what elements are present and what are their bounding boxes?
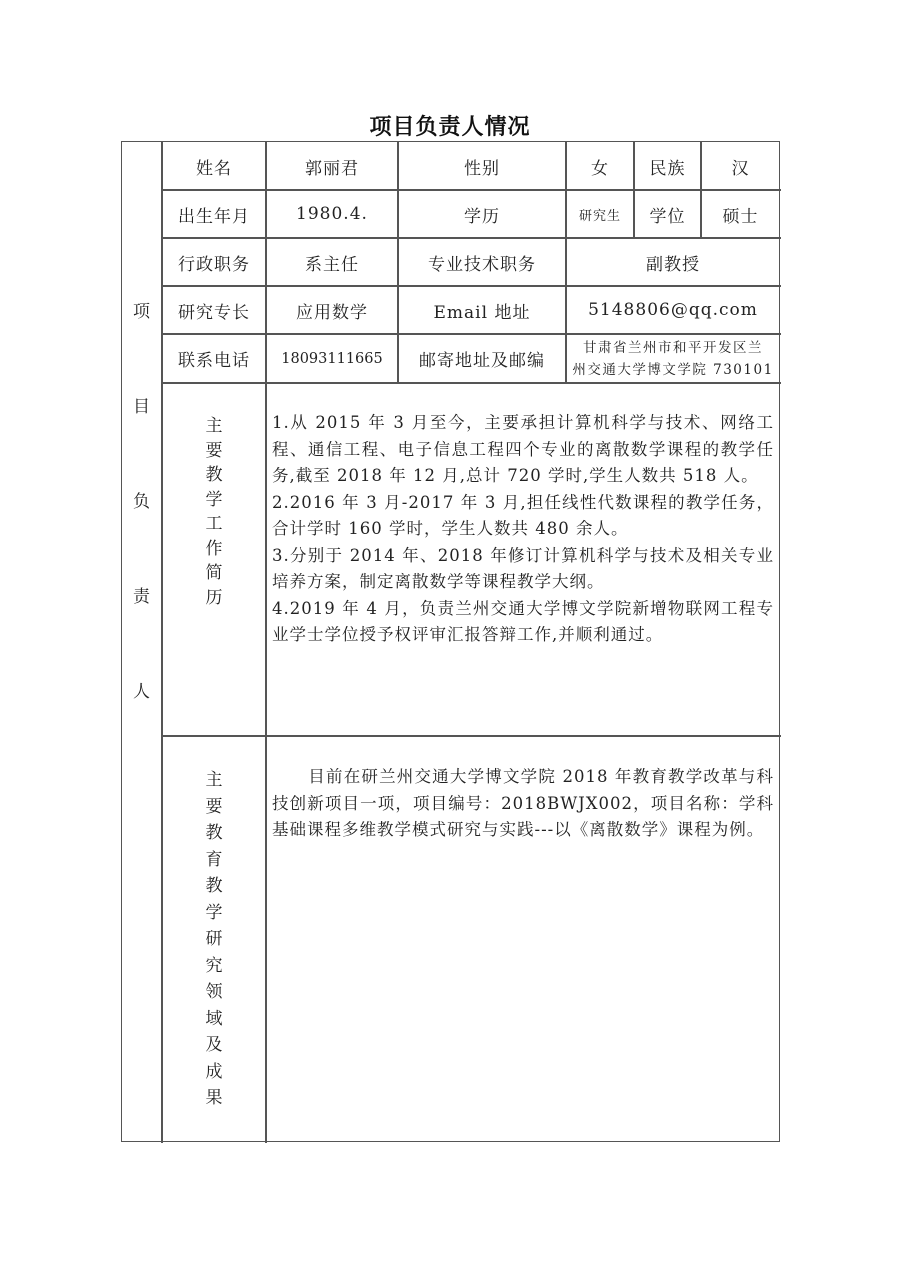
education-label: 学历 — [398, 190, 566, 238]
teaching-history-content: 1.从 2015 年 3 月至今，主要承担计算机科学与技术、网络工程、通信工程、… — [272, 410, 774, 649]
label-char: 作 — [206, 537, 223, 562]
address-label: 邮寄地址及邮编 — [398, 334, 566, 383]
label-char: 研 — [206, 926, 223, 953]
label-char: 历 — [206, 586, 223, 611]
birth-value: 1980.4. — [266, 190, 398, 238]
teaching-history-item: 2.2016 年 3 月-2017 年 3 月,担任线性代数课程的教学任务，合计… — [272, 490, 774, 543]
research-content: 目前在研兰州交通大学博文学院 2018 年教育教学改革与科技创新项目一项，项目编… — [272, 764, 774, 844]
side-label-char: 人 — [133, 677, 150, 772]
address-value: 甘肃省兰州市和平开发区兰 州交通大学博文学院 730101 — [566, 334, 780, 383]
label-char: 学 — [206, 488, 223, 513]
label-char: 育 — [206, 847, 223, 874]
label-char: 工 — [206, 512, 223, 537]
degree-label: 学位 — [634, 190, 701, 238]
label-char: 要 — [206, 794, 223, 821]
address-line: 州交通大学博文学院 730101 — [572, 359, 773, 381]
name-value: 郭丽君 — [266, 142, 398, 190]
label-char: 教 — [206, 820, 223, 847]
specialty-value: 应用数学 — [266, 286, 398, 334]
phone-label: 联系电话 — [162, 334, 266, 383]
address-line: 甘肃省兰州市和平开发区兰 — [583, 337, 763, 359]
label-char: 域 — [206, 1006, 223, 1033]
label-char: 领 — [206, 979, 223, 1006]
ethnicity-value: 汉 — [701, 142, 780, 190]
specialty-label: 研究专长 — [162, 286, 266, 334]
label-char: 及 — [206, 1032, 223, 1059]
side-label-char: 目 — [133, 392, 150, 487]
admin-post-value: 系主任 — [266, 238, 398, 286]
tech-title-value: 副教授 — [566, 238, 780, 286]
email-label: Email 地址 — [398, 286, 566, 334]
email-value: 5148806@qq.com — [566, 286, 780, 334]
label-char: 学 — [206, 900, 223, 927]
label-char: 主 — [206, 414, 223, 439]
label-char: 成 — [206, 1059, 223, 1086]
page-title: 项目负责人情况 — [0, 110, 900, 141]
admin-post-label: 行政职务 — [162, 238, 266, 286]
tech-title-label: 专业技术职务 — [398, 238, 566, 286]
label-char: 教 — [206, 463, 223, 488]
teaching-history-item: 4.2019 年 4 月，负责兰州交通大学博文学院新增物联网工程专业学士学位授予… — [272, 596, 774, 649]
side-label-char: 项 — [133, 297, 150, 392]
ethnicity-label: 民族 — [634, 142, 701, 190]
gender-label: 性别 — [398, 142, 566, 190]
side-label: 项 目 负 责 人 — [122, 297, 161, 772]
teaching-history-item: 1.从 2015 年 3 月至今，主要承担计算机科学与技术、网络工程、通信工程、… — [272, 410, 774, 490]
teaching-history-label: 主 要 教 学 工 作 简 历 — [162, 414, 266, 610]
label-char: 简 — [206, 561, 223, 586]
phone-value: 18093111665 — [266, 334, 398, 383]
degree-value: 硕士 — [701, 190, 780, 238]
name-label: 姓名 — [162, 142, 266, 190]
label-char: 教 — [206, 873, 223, 900]
label-char: 究 — [206, 953, 223, 980]
gender-value: 女 — [566, 142, 634, 190]
education-value: 研究生 — [566, 190, 634, 238]
birth-label: 出生年月 — [162, 190, 266, 238]
label-char: 主 — [206, 767, 223, 794]
label-char: 要 — [206, 439, 223, 464]
leader-info-table: 项 目 负 责 人 姓名 郭丽君 性别 女 民族 汉 出生年月 1980.4. … — [121, 141, 780, 1142]
label-char: 果 — [206, 1085, 223, 1112]
research-label: 主 要 教 育 教 学 研 究 领 域 及 成 果 — [162, 767, 266, 1112]
divider — [161, 735, 781, 737]
teaching-history-item: 3.分别于 2014 年、2018 年修订计算机科学与技术及相关专业培养方案，制… — [272, 543, 774, 596]
research-paragraph: 目前在研兰州交通大学博文学院 2018 年教育教学改革与科技创新项目一项，项目编… — [272, 764, 774, 844]
side-label-char: 责 — [133, 582, 150, 677]
side-label-char: 负 — [133, 487, 150, 582]
